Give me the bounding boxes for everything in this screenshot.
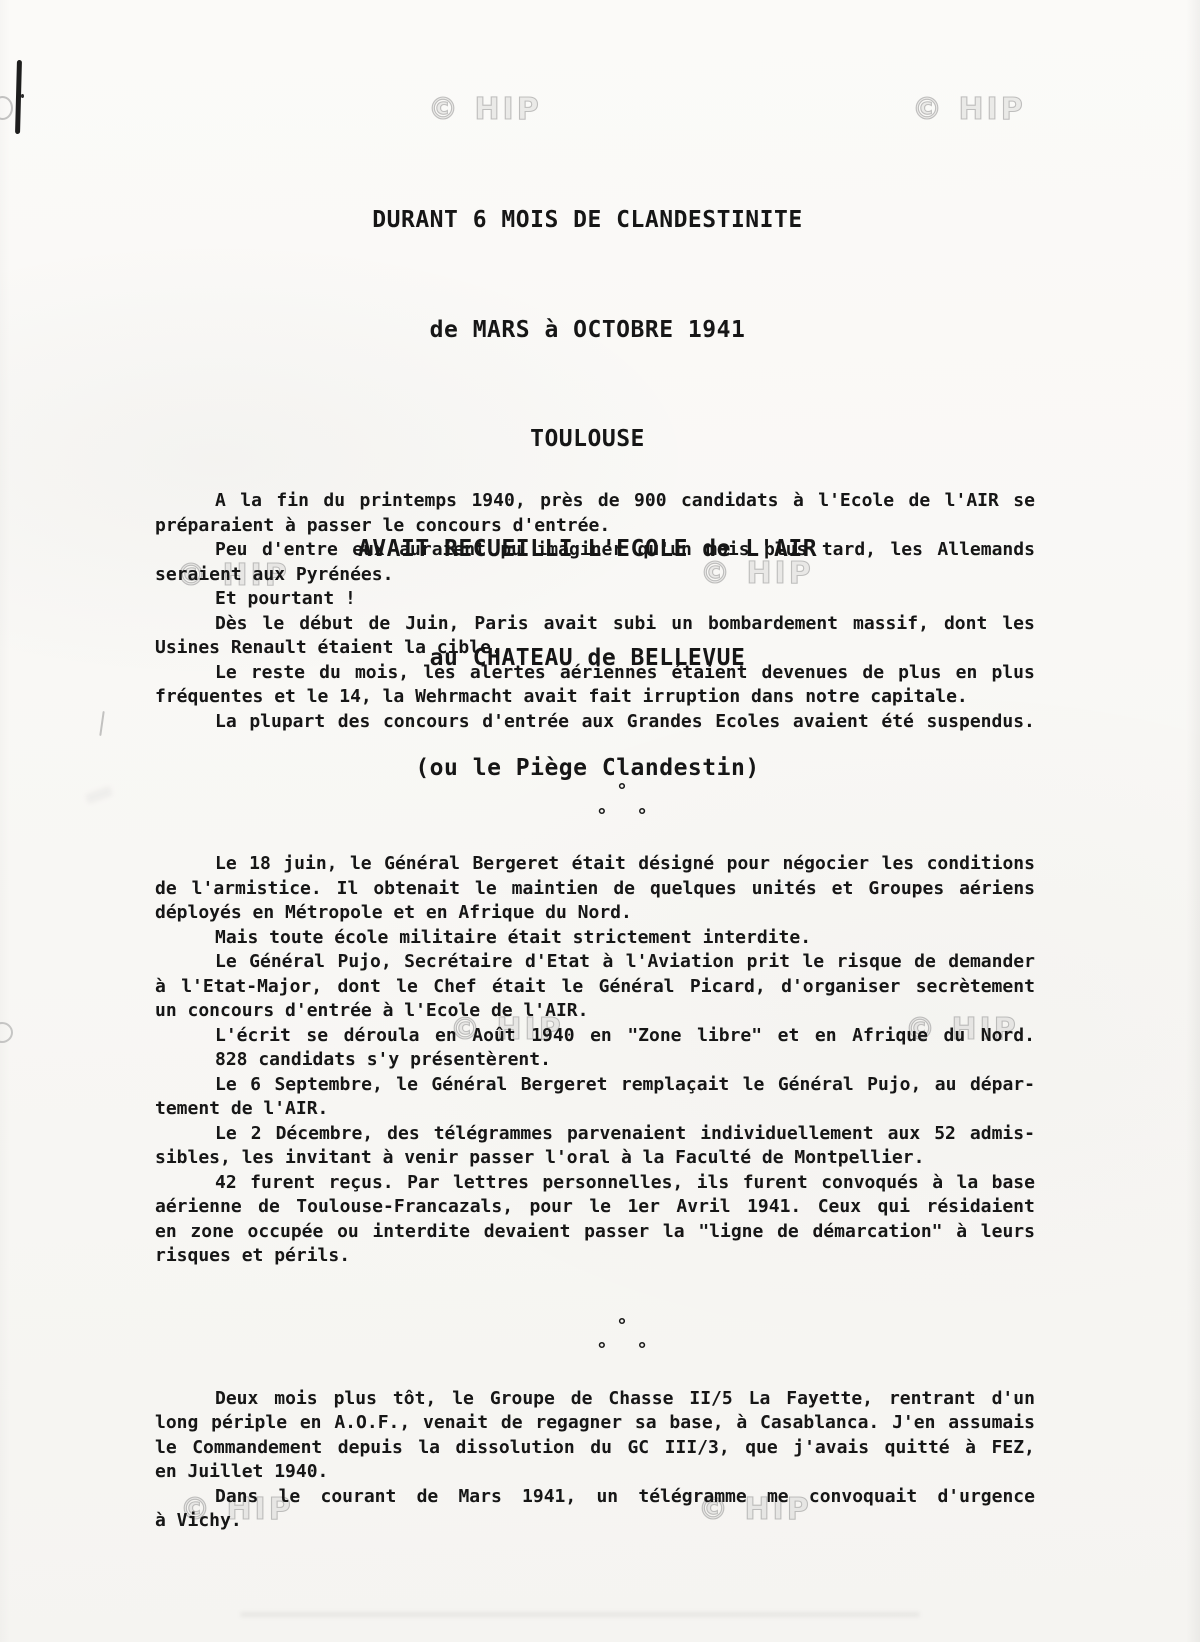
- word: de: [914, 950, 936, 975]
- word: A: [215, 489, 226, 514]
- word: dissolution: [456, 1436, 575, 1461]
- paragraph: DanslecourantdeMars1941,untélégrammemeco…: [155, 1485, 1035, 1534]
- word: 42: [215, 1171, 237, 1196]
- text-line: Usines Renault étaient la cible.: [155, 636, 1035, 661]
- text-line: tement de l'AIR.: [155, 1097, 1035, 1122]
- word: mois,: [355, 661, 409, 686]
- word: libre": [697, 1024, 762, 1049]
- word: à: [965, 1436, 976, 1461]
- scan-artifact-edge-curve: [0, 1022, 13, 1043]
- word: que: [745, 1436, 778, 1461]
- word: en: [815, 1024, 837, 1049]
- word: demander: [948, 950, 1035, 975]
- text-line: 42furentreçus.Parlettrespersonnelles,ils…: [155, 1171, 1035, 1196]
- word: leurs: [981, 1220, 1035, 1245]
- word: plus: [898, 661, 941, 686]
- word: Le: [215, 852, 237, 877]
- word: à: [155, 975, 166, 1000]
- word: périple: [211, 1411, 287, 1436]
- paragraph: Le6Septembre,leGénéralBergeretremplaçait…: [155, 1073, 1035, 1122]
- word: l'Aviation: [626, 950, 734, 975]
- word: La: [215, 710, 237, 735]
- word: pu: [500, 538, 522, 563]
- word: le: [562, 975, 584, 1000]
- word: 1er: [627, 1195, 660, 1220]
- word: le: [155, 1436, 177, 1461]
- text-line: enzoneoccupéeouinterditedevaientpasserla…: [155, 1220, 1035, 1245]
- word: Chasse: [608, 1387, 673, 1412]
- word: passer: [584, 1220, 649, 1245]
- word: de: [258, 1195, 280, 1220]
- word: 6: [250, 1073, 261, 1098]
- word: maintien: [512, 877, 599, 902]
- scan-artifact-bottom-shadow: [240, 1612, 920, 1617]
- title-line: TOULOUSE: [150, 421, 1025, 458]
- word: d'organiser: [781, 975, 900, 1000]
- word: tôt,: [393, 1387, 436, 1412]
- word: avait: [544, 612, 598, 637]
- word: Le: [215, 661, 237, 686]
- word: subi: [613, 612, 656, 637]
- text-line: DanslecourantdeMars1941,untélégrammemeco…: [155, 1485, 1035, 1510]
- word: le: [396, 1073, 418, 1098]
- word: et: [832, 877, 854, 902]
- word: II/5: [689, 1387, 732, 1412]
- word: du: [323, 489, 345, 514]
- word: plus: [991, 661, 1034, 686]
- text-line: préparaient à passer le concours d'entré…: [155, 514, 1035, 539]
- word: base,: [669, 1411, 723, 1436]
- text-line: à Vichy.: [155, 1509, 1035, 1534]
- paragraph: DèsledébutdeJuin,Parisavaitsubiunbombard…: [155, 612, 1035, 661]
- word: se: [1013, 489, 1035, 514]
- word: GC: [627, 1436, 649, 1461]
- word: plus: [764, 538, 807, 563]
- word: aériens: [959, 877, 1035, 902]
- word: Août: [472, 1024, 515, 1049]
- word: le: [743, 1073, 765, 1098]
- word: Casablanca.: [760, 1411, 879, 1436]
- word: de: [909, 489, 931, 514]
- word: secrètement: [916, 975, 1035, 1000]
- text-line: Et pourtant !: [155, 587, 1035, 612]
- word: risque: [837, 950, 902, 975]
- word: convoquait: [809, 1485, 917, 1510]
- word: Chef: [433, 975, 476, 1000]
- word: Groupes: [868, 877, 944, 902]
- word: FEZ,: [992, 1436, 1035, 1461]
- word: des: [338, 710, 371, 735]
- word: de: [155, 877, 177, 902]
- paragraph: Laplupartdesconcoursd'entréeauxGrandesEc…: [155, 710, 1035, 735]
- word: à: [736, 1411, 747, 1436]
- scan-artifact-smudge: [85, 786, 113, 804]
- word: admis-: [970, 1122, 1035, 1147]
- text-line: DèsledébutdeJuin,Parisavaitsubiunbombard…: [155, 612, 1035, 637]
- word: depuis: [338, 1436, 403, 1461]
- word: le: [589, 1195, 611, 1220]
- word: Pujo,: [867, 1073, 921, 1098]
- word: plupart: [249, 710, 325, 735]
- word: me: [767, 1485, 789, 1510]
- word: de: [598, 489, 620, 514]
- word: étaient: [672, 661, 748, 686]
- word: en: [590, 1024, 612, 1049]
- word: en: [435, 1024, 457, 1049]
- section-separator: °° °: [183, 779, 1063, 828]
- word: individuellement: [700, 1122, 873, 1147]
- word: imaginer: [536, 538, 623, 563]
- word: le: [263, 612, 285, 637]
- word: quelques: [650, 877, 737, 902]
- word: 1941,: [522, 1485, 576, 1510]
- word: Paris: [474, 612, 528, 637]
- word: du: [319, 661, 341, 686]
- word: J'en: [892, 1411, 935, 1436]
- word: d'entre: [262, 538, 338, 563]
- word: démarcation": [812, 1220, 942, 1245]
- word: Grandes: [627, 710, 703, 735]
- word: ils: [697, 1171, 730, 1196]
- word: d'Etat: [525, 950, 590, 975]
- word: était: [572, 852, 626, 877]
- section-separator: °° °: [183, 1314, 1063, 1363]
- paragraph: Deuxmoisplustôt,leGroupedeChasseII/5LaFa…: [155, 1387, 1035, 1485]
- word: dont: [337, 975, 380, 1000]
- word: début: [299, 612, 353, 637]
- word: le: [802, 950, 824, 975]
- text-line: leCommandementdepuisladissolutionduGCIII…: [155, 1436, 1035, 1461]
- word: les: [882, 852, 915, 877]
- word: Dans: [215, 1485, 258, 1510]
- word: Ecoles: [715, 710, 780, 735]
- word: courant: [320, 1485, 396, 1510]
- word: 1940: [531, 1024, 574, 1049]
- word: à: [793, 489, 804, 514]
- word: Général: [431, 1073, 507, 1098]
- paragraph: Le18juin,leGénéralBergeretétaitdésignépo…: [155, 852, 1035, 926]
- word: regagner: [535, 1411, 622, 1436]
- word: Commandement: [192, 1436, 322, 1461]
- text-line: Lerestedumois,lesalertesaériennesétaient…: [155, 661, 1035, 686]
- word: Picard,: [690, 975, 766, 1000]
- word: pour: [530, 1195, 573, 1220]
- word: le: [452, 1387, 474, 1412]
- word: un: [596, 1485, 618, 1510]
- word: le: [350, 852, 372, 877]
- word: Deux: [215, 1387, 258, 1412]
- word: désigné: [638, 852, 714, 877]
- word: Bergeret: [521, 1073, 608, 1098]
- word: de: [777, 1220, 799, 1245]
- word: Général: [599, 975, 675, 1000]
- word: télégramme: [638, 1485, 746, 1510]
- word: l'Ecole: [818, 489, 894, 514]
- text-line: 828 candidats s'y présentèrent.: [155, 1048, 1035, 1073]
- text-line: déployés en Métropole et en Afrique du N…: [155, 901, 1035, 926]
- paragraph: L'écritsedéroulaenAoût1940en"Zonelibre"e…: [155, 1024, 1035, 1073]
- text-line: Mais toute école militaire était stricte…: [155, 926, 1035, 951]
- word: résidaient: [926, 1195, 1034, 1220]
- word: Général: [384, 852, 460, 877]
- word: déroula: [344, 1024, 420, 1049]
- separator-line: ° °: [183, 1338, 1063, 1363]
- word: suspendus.: [927, 710, 1035, 735]
- document-body: Alafinduprintemps1940,prèsde900candidats…: [155, 489, 1035, 1534]
- word: obtenait: [373, 877, 460, 902]
- word: des: [387, 1122, 420, 1147]
- text-line: un concours d'entrée à l'Ecole de l'AIR.: [155, 999, 1035, 1024]
- text-line: àl'Etat-Major,dontleChefétaitleGénéralPi…: [155, 975, 1035, 1000]
- word: Le: [215, 1122, 237, 1147]
- text-line: Peud'entreeuxauraientpuimaginerqu'unmois…: [155, 538, 1035, 563]
- word: Mars: [458, 1485, 501, 1510]
- word: Fayette,: [786, 1387, 873, 1412]
- word: furent: [250, 1171, 315, 1196]
- word: de: [368, 612, 390, 637]
- scan-artifact-edge-curve: [0, 96, 13, 120]
- word: zone: [190, 1220, 233, 1245]
- word: devenues: [762, 661, 849, 686]
- word: Toulouse-Francazals,: [296, 1195, 513, 1220]
- scan-artifact-ink-bar: [15, 60, 22, 134]
- word: Pujo,: [337, 950, 391, 975]
- word: reçus.: [329, 1171, 394, 1196]
- word: la: [663, 1220, 685, 1245]
- word: du: [590, 1436, 612, 1461]
- word: Afrique: [852, 1024, 928, 1049]
- word: Secrétaire: [404, 950, 512, 975]
- word: 18: [249, 852, 271, 877]
- word: de: [571, 1387, 593, 1412]
- word: la: [240, 489, 262, 514]
- word: La: [749, 1387, 771, 1412]
- word: alertes: [470, 661, 546, 686]
- paragraph: LeGénéralPujo,Secrétaired'Etatàl'Aviatio…: [155, 950, 1035, 1024]
- word: Groupe: [490, 1387, 555, 1412]
- word: à: [932, 1171, 943, 1196]
- word: aux: [582, 710, 615, 735]
- text-line: L'écritsedéroulaenAoût1940en"Zonelibre"e…: [155, 1024, 1035, 1049]
- word: sa: [635, 1411, 657, 1436]
- word: lettres: [453, 1171, 529, 1196]
- word: L'écrit: [215, 1024, 291, 1049]
- separator-line: °: [183, 1314, 1063, 1339]
- word: Le: [215, 950, 237, 975]
- scan-artifact-slash-mark: [99, 711, 104, 736]
- scanned-document-page: © HIP © HIP © HIP © HIP © HIP © HIP © HI…: [0, 0, 1200, 1642]
- word: mois: [274, 1387, 317, 1412]
- text-line: Deuxmoisplustôt,leGroupedeChasseII/5LaFa…: [155, 1387, 1035, 1412]
- hip-watermark: © HIP: [428, 92, 542, 127]
- word: le: [475, 877, 497, 902]
- word: le: [279, 1485, 301, 1510]
- word: venait: [423, 1411, 488, 1436]
- word: la: [956, 1171, 978, 1196]
- word: 900: [634, 489, 667, 514]
- paragraph: Lerestedumois,lesalertesaériennesétaient…: [155, 661, 1035, 710]
- word: interdite: [372, 1220, 470, 1245]
- word: 52: [934, 1122, 956, 1147]
- word: pour: [727, 852, 770, 877]
- separator-line: °: [183, 779, 1063, 804]
- word: dont: [944, 612, 987, 637]
- word: en: [956, 661, 978, 686]
- hip-watermark: © HIP: [912, 92, 1026, 127]
- word: bombardement: [708, 612, 838, 637]
- text-line: aériennedeToulouse-Francazals,pourle1erA…: [155, 1195, 1035, 1220]
- word: le: [396, 975, 418, 1000]
- word: unités: [752, 877, 817, 902]
- word: convoqués: [821, 1171, 919, 1196]
- word: tard,: [822, 538, 876, 563]
- word: prit: [747, 950, 790, 975]
- scan-artifact-dot: [21, 94, 24, 98]
- text-line: del'armistice.Ilobtenaitlemaintiendequel…: [155, 877, 1035, 902]
- word: III/3,: [665, 1436, 730, 1461]
- word: reste: [251, 661, 305, 686]
- word: Ceux: [818, 1195, 861, 1220]
- word: en: [155, 1220, 177, 1245]
- word: du: [944, 1024, 966, 1049]
- word: "Zone: [627, 1024, 681, 1049]
- word: qu'un: [638, 538, 692, 563]
- word: occupée: [247, 1220, 323, 1245]
- word: Avril: [676, 1195, 730, 1220]
- word: j'avais: [793, 1436, 869, 1461]
- word: candidats: [681, 489, 779, 514]
- word: la: [418, 1436, 440, 1461]
- word: remplaçait: [621, 1073, 729, 1098]
- text-line: en Juillet 1940.: [155, 1460, 1035, 1485]
- text-line: sibles, les invitant à venir passer l'or…: [155, 1146, 1035, 1171]
- word: d'un: [992, 1387, 1035, 1412]
- word: fin: [276, 489, 309, 514]
- word: près: [540, 489, 583, 514]
- word: était: [492, 975, 546, 1000]
- word: qui: [878, 1195, 911, 1220]
- text-line: fréquentes et le 14, la Wehrmacht avait …: [155, 685, 1035, 710]
- word: télégrammes: [434, 1122, 553, 1147]
- text-line: Alafinduprintemps1940,prèsde900candidats…: [155, 489, 1035, 514]
- word: 1941.: [747, 1195, 801, 1220]
- word: de: [862, 661, 884, 686]
- text-line: seraient aux Pyrénées.: [155, 563, 1035, 588]
- word: Général: [249, 950, 325, 975]
- text-line: Le6Septembre,leGénéralBergeretremplaçait…: [155, 1073, 1035, 1098]
- word: juin,: [283, 852, 337, 877]
- separator-line: ° °: [183, 804, 1063, 829]
- paragraph: 42furentreçus.Parlettrespersonnelles,ils…: [155, 1171, 1035, 1269]
- word: massif,: [853, 612, 929, 637]
- word: Septembre,: [274, 1073, 382, 1098]
- word: Nord.: [981, 1024, 1035, 1049]
- word: personnelles,: [542, 1171, 683, 1196]
- word: A.O.F.,: [334, 1411, 410, 1436]
- word: de: [501, 1411, 523, 1436]
- word: assumais: [948, 1411, 1035, 1436]
- word: Décembre,: [276, 1122, 374, 1147]
- word: plus: [334, 1387, 377, 1412]
- text-line: risques et périls.: [155, 1244, 1035, 1269]
- word: à: [602, 950, 613, 975]
- word: aux: [888, 1122, 921, 1147]
- word: en: [300, 1411, 322, 1436]
- word: à: [956, 1220, 967, 1245]
- word: Dès: [215, 612, 248, 637]
- word: d'entrée: [482, 710, 569, 735]
- word: furent: [743, 1171, 808, 1196]
- text-line: Le18juin,leGénéralBergeretétaitdésignépo…: [155, 852, 1035, 877]
- word: 1940,: [471, 489, 525, 514]
- word: se: [306, 1024, 328, 1049]
- word: Le: [215, 1073, 237, 1098]
- word: avaient: [793, 710, 869, 735]
- word: eux: [352, 538, 385, 563]
- paragraph: Et pourtant !: [155, 587, 1035, 612]
- word: devaient: [484, 1220, 571, 1245]
- word: quitté: [885, 1436, 950, 1461]
- word: au: [935, 1073, 957, 1098]
- paragraph: Le2Décembre,destélégrammesparvenaientind…: [155, 1122, 1035, 1171]
- word: les: [890, 538, 923, 563]
- word: l'Etat-Major,: [181, 975, 322, 1000]
- word: 2: [251, 1122, 262, 1147]
- word: Par: [407, 1171, 440, 1196]
- word: ou: [337, 1220, 359, 1245]
- word: l'armistice.: [192, 877, 322, 902]
- word: d'urgence: [937, 1485, 1035, 1510]
- word: base: [992, 1171, 1035, 1196]
- word: printemps: [359, 489, 457, 514]
- word: de: [417, 1485, 439, 1510]
- paragraph: Peud'entreeuxauraientpuimaginerqu'unmois…: [155, 538, 1035, 587]
- word: long: [155, 1411, 198, 1436]
- word: négocier: [782, 852, 869, 877]
- word: de: [613, 877, 635, 902]
- word: "ligne: [698, 1220, 763, 1245]
- title-line: de MARS à OCTOBRE 1941: [150, 312, 1025, 349]
- text-line: LeGénéralPujo,Secrétaired'Etatàl'Aviatio…: [155, 950, 1035, 975]
- word: et: [778, 1024, 800, 1049]
- word: Général: [778, 1073, 854, 1098]
- word: Allemands: [937, 538, 1035, 563]
- word: dépar-: [970, 1073, 1035, 1098]
- word: aérienne: [155, 1195, 242, 1220]
- word: auraient: [399, 538, 486, 563]
- text-line: longpéripleenA.O.F.,venaitderegagnersaba…: [155, 1411, 1035, 1436]
- word: été: [881, 710, 914, 735]
- word: Bergeret: [472, 852, 559, 877]
- word: un: [671, 612, 693, 637]
- word: concours: [383, 710, 470, 735]
- word: Peu: [215, 538, 248, 563]
- paragraph: Alafinduprintemps1940,prèsde900candidats…: [155, 489, 1035, 538]
- text-line: Le2Décembre,destélégrammesparvenaientind…: [155, 1122, 1035, 1147]
- paragraph: Mais toute école militaire était stricte…: [155, 926, 1035, 951]
- word: Juin,: [405, 612, 459, 637]
- word: Il: [337, 877, 359, 902]
- word: les: [423, 661, 456, 686]
- word: rentrant: [889, 1387, 976, 1412]
- word: conditions: [927, 852, 1035, 877]
- title-line: DURANT 6 MOIS DE CLANDESTINITE: [150, 202, 1025, 239]
- word: les: [1002, 612, 1035, 637]
- word: l'AIR: [945, 489, 999, 514]
- text-line: Laplupartdesconcoursd'entréeauxGrandesEc…: [155, 710, 1035, 735]
- word: parvenaient: [567, 1122, 686, 1147]
- word: aériennes: [560, 661, 658, 686]
